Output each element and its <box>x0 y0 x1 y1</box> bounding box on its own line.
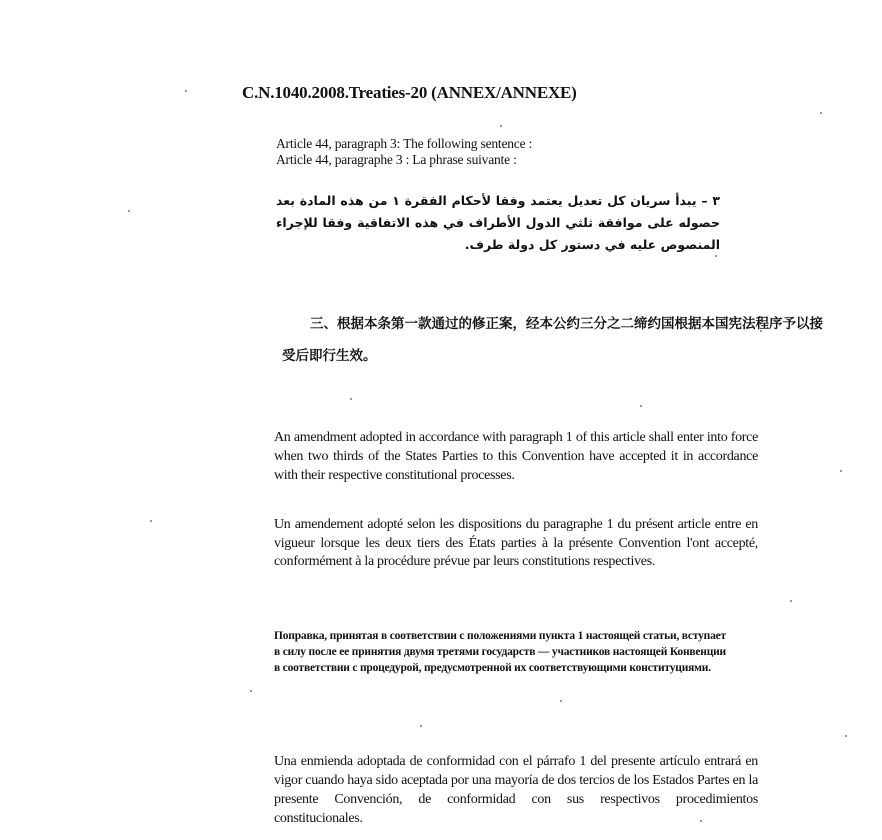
article-line-english: Article 44, paragraph 3: The following s… <box>276 136 532 152</box>
paragraph-russian: Поправка, принятая в соответствии с поло… <box>274 628 726 676</box>
article-line-french: Article 44, paragraphe 3 : La phrase sui… <box>276 152 517 168</box>
paragraph-arabic: ٣ – يبدأ سريان كل تعديل يعتمد وفقا لأحكا… <box>276 190 720 256</box>
paragraph-spanish: Una enmienda adoptada de conformidad con… <box>274 752 758 828</box>
paragraph-english: An amendment adopted in accordance with … <box>274 428 758 485</box>
paragraph-french: Un amendement adopté selon les dispositi… <box>274 516 758 572</box>
document-header: C.N.1040.2008.Treaties-20 (ANNEX/ANNEXE) <box>242 83 577 103</box>
paragraph-chinese: 三、根据本条第一款通过的修正案，经本公约三分之二缔约国根据本国宪法程序予以接受后… <box>282 308 827 372</box>
